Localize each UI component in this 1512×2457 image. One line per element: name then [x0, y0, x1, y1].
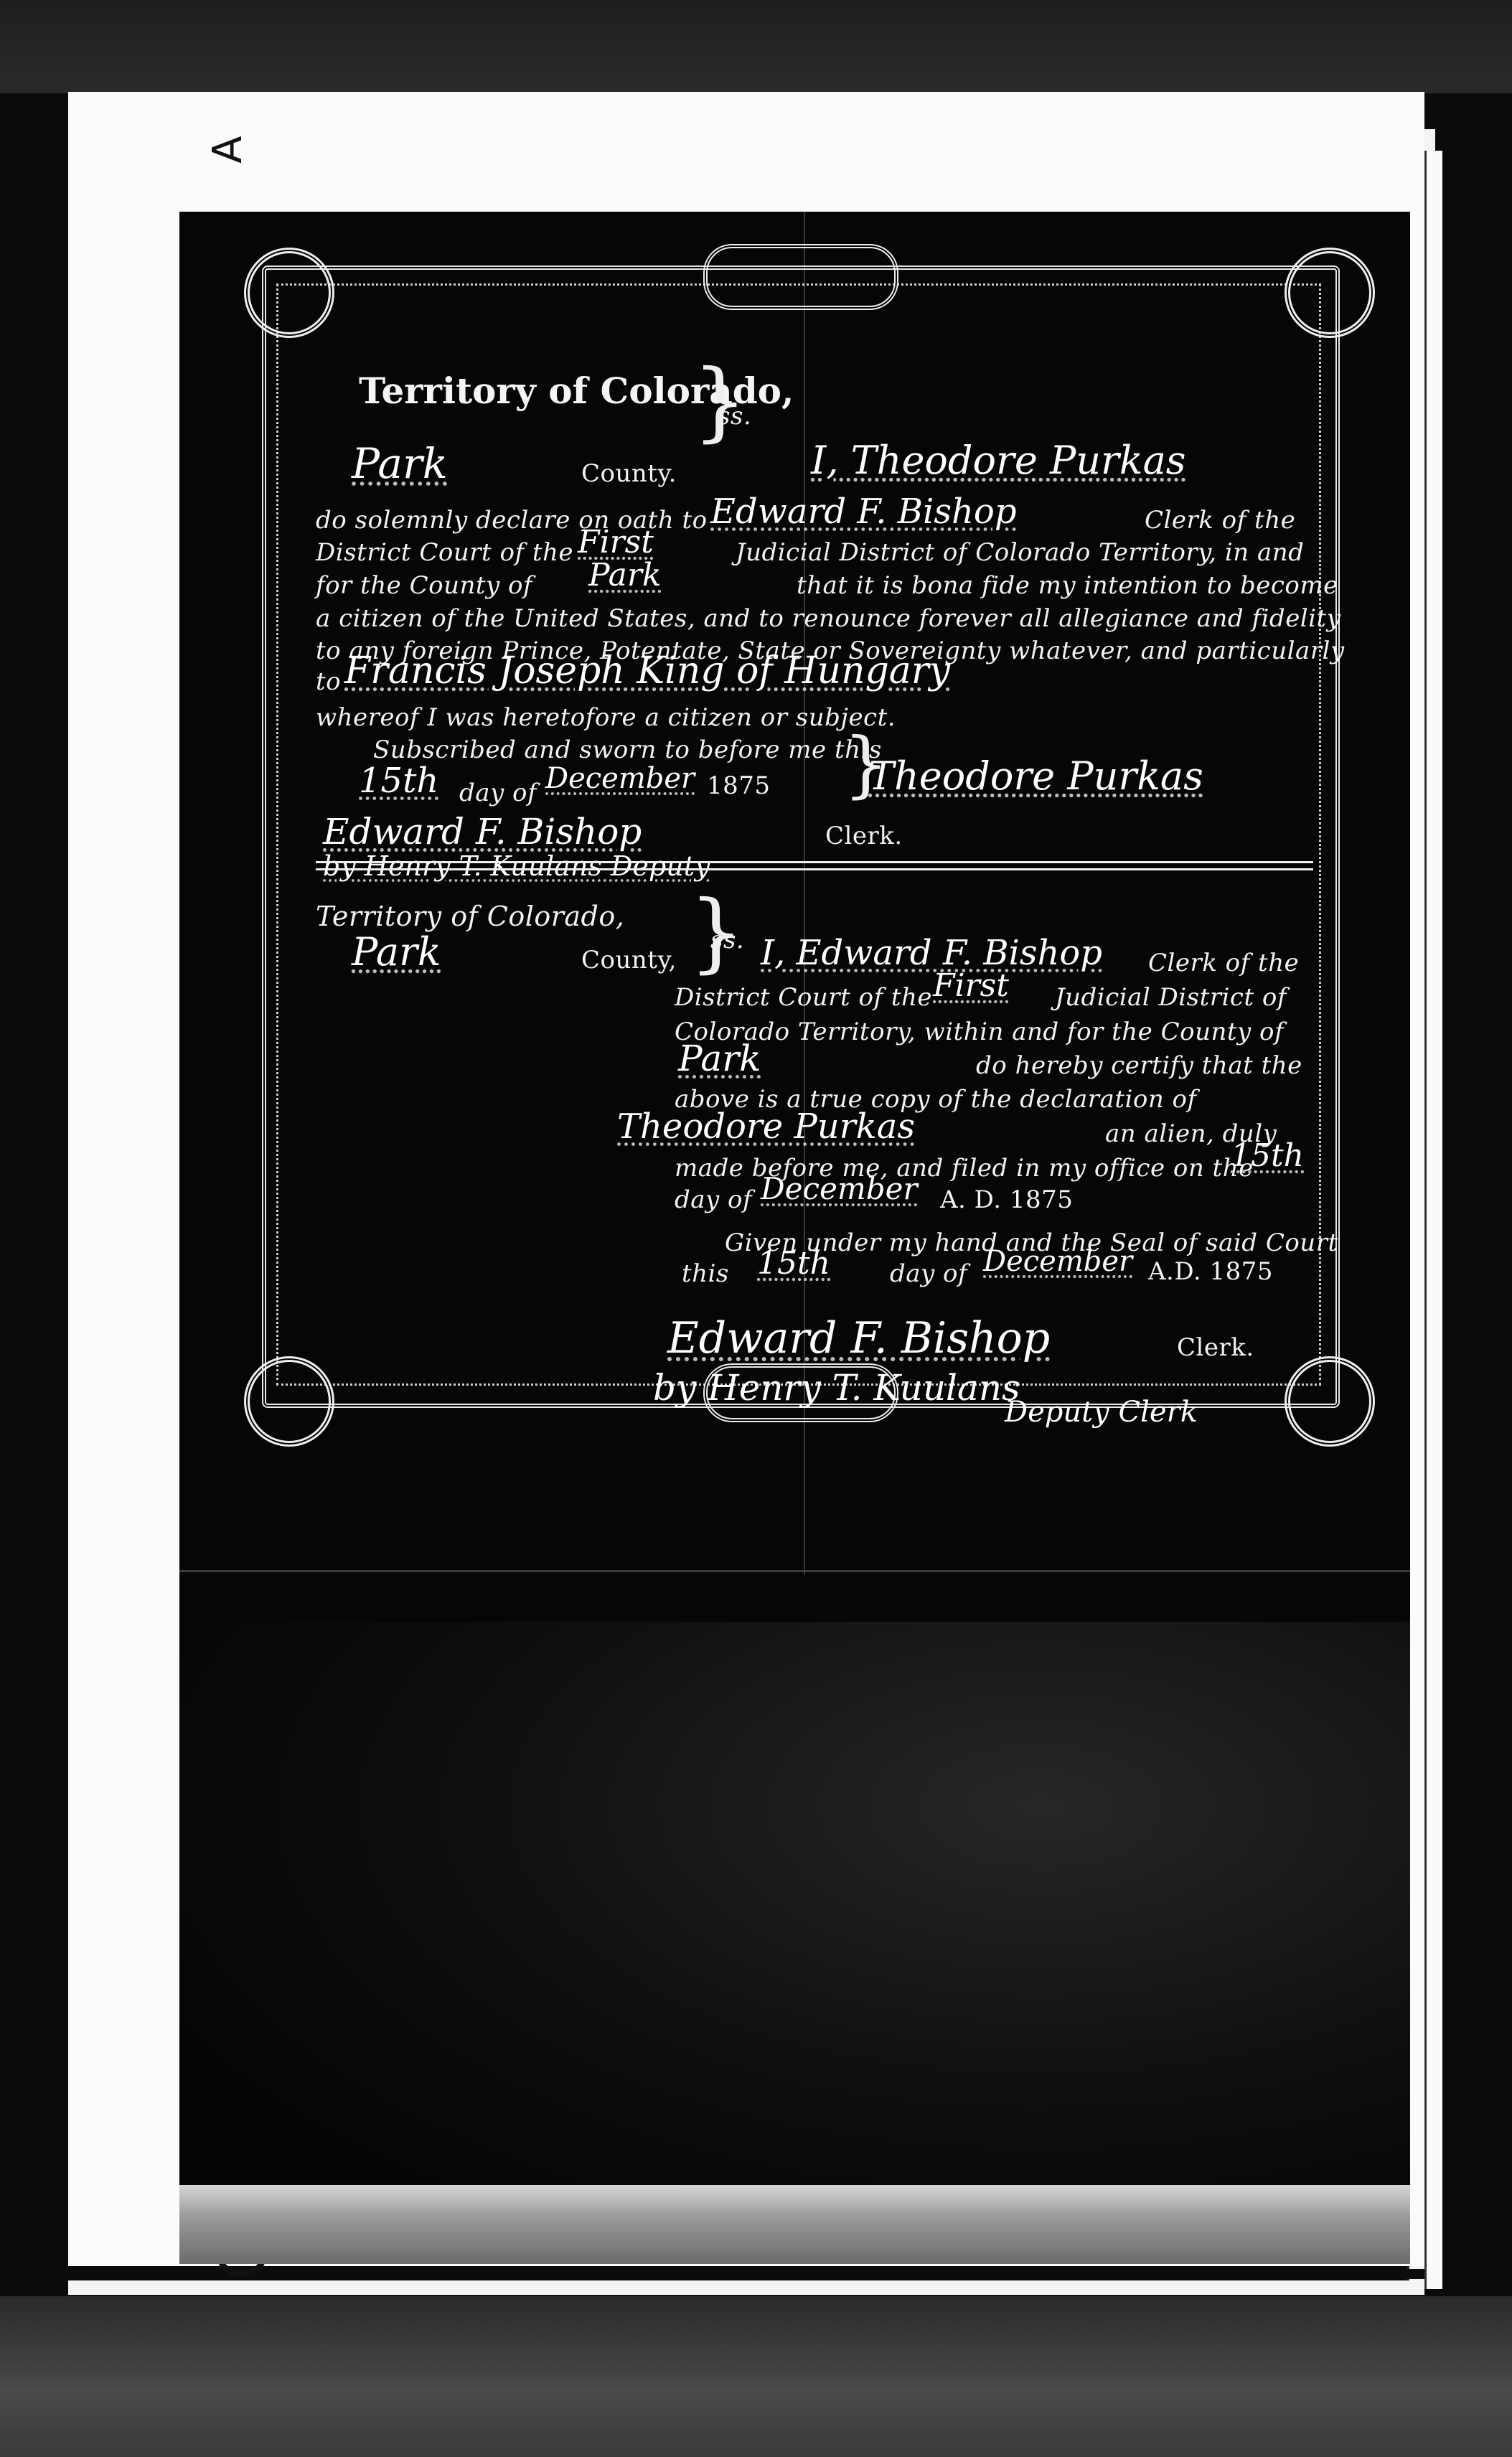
cert-deputy-signature: by Henry T. Kuulans [653, 1367, 1020, 1409]
corner-ornament-icon [1285, 1356, 1375, 1447]
decl-sworn-month: December [545, 762, 695, 795]
corner-ornament-icon [244, 1356, 334, 1447]
cert-filed-month: December [761, 1171, 918, 1206]
decl-line3-prefix: for the County of [316, 571, 532, 600]
declarant-signature: Theodore Purkas [868, 753, 1203, 799]
cert-ss: ss. [710, 926, 744, 954]
cert-line3: Colorado Territory, within and for the C… [675, 1018, 1284, 1046]
cert-this-label: this [682, 1259, 729, 1288]
cert-line4-suffix: do hereby certify that the [976, 1051, 1302, 1080]
cert-title: Territory of Colorado, [316, 901, 624, 932]
decl-sworn-line: Subscribed and sworn to before me this [373, 736, 882, 764]
decl-deputy-signature: by Henry T. Kuulans Deputy [323, 850, 710, 882]
cert-clerk-signature: Edward F. Bishop [667, 1313, 1050, 1363]
cert-line1-suffix: Clerk of the [1148, 949, 1299, 977]
decl-district: First [578, 524, 654, 560]
declarant-name: I, Theodore Purkas [811, 438, 1186, 483]
paper-stack-edge-2 [1424, 151, 1442, 2289]
fold-line [179, 1570, 1410, 1572]
decl-sworn-day-of: day of [459, 779, 537, 807]
decl-line6-prefix: to [316, 667, 341, 696]
cert-clerk-label: Clerk. [1177, 1333, 1254, 1362]
decl-line3-suffix: that it is bona fide my intention to bec… [797, 571, 1338, 600]
cert-district: First [933, 967, 1009, 1004]
card-edge-line [68, 2280, 1424, 2295]
divider [316, 868, 1313, 870]
side-label-strip: COMMON PLEAS N.Y.Co. BUNDLE 521 RECORD N… [68, 92, 176, 2266]
cert-deputy-title: Deputy Clerk [1005, 1396, 1198, 1429]
decl-clerk-signature: Edward F. Bishop [323, 811, 642, 852]
decl-line3-county: Park [588, 557, 662, 593]
decl-line4: a citizen of the United States, and to r… [316, 604, 1340, 633]
cert-given-month: December [983, 1245, 1132, 1278]
cert-county-label: County, [581, 946, 677, 974]
cert-filed-day: 15th [1231, 1137, 1304, 1174]
divider [316, 861, 1313, 863]
cert-line2-suffix: Judicial District of [1055, 983, 1287, 1012]
cert-county: Park [352, 929, 441, 974]
decl-sworn-day: 15th [359, 761, 438, 801]
declaration-ss: ss. [718, 402, 751, 431]
cert-alien-name: Theodore Purkas [617, 1107, 915, 1147]
cert-line8-prefix: day of [675, 1185, 752, 1214]
cert-filed-year: A. D. 1875 [940, 1185, 1073, 1214]
cert-given-day-of: day of [890, 1259, 967, 1288]
cert-clerk-name: I, Edward F. Bishop [761, 933, 1102, 973]
decl-clerk-name: Edward F. Bishop [710, 492, 1017, 532]
corner-ornament-icon [244, 248, 334, 338]
document-bottom-edge [179, 2185, 1410, 2264]
decl-clerk-label: Clerk. [825, 822, 903, 850]
decl-sovereign: Francis Joseph King of Hungary [344, 649, 950, 692]
decl-line2-prefix: District Court of the [316, 538, 573, 567]
declaration-county: Park [352, 439, 448, 488]
decl-line7: whereof I was heretofore a citizen or su… [316, 703, 896, 732]
corner-ornament-icon [1285, 248, 1375, 338]
cert-line2-prefix: District Court of the [675, 983, 932, 1012]
scan-background-bottom [0, 2296, 1512, 2457]
cert-given-day: 15th [757, 1245, 830, 1282]
cert-line4-county: Park [678, 1038, 761, 1079]
declaration-county-label: County. [581, 459, 677, 488]
document-shadow [179, 1622, 1410, 2239]
decl-line2-suffix: Judicial District of Colorado Territory,… [736, 538, 1304, 567]
decl-line1-suffix: Clerk of the [1145, 506, 1295, 535]
top-ornament-icon [703, 244, 898, 310]
cert-given-year: A.D. 1875 [1148, 1257, 1273, 1286]
decl-sworn-year: 1875 [707, 771, 771, 800]
